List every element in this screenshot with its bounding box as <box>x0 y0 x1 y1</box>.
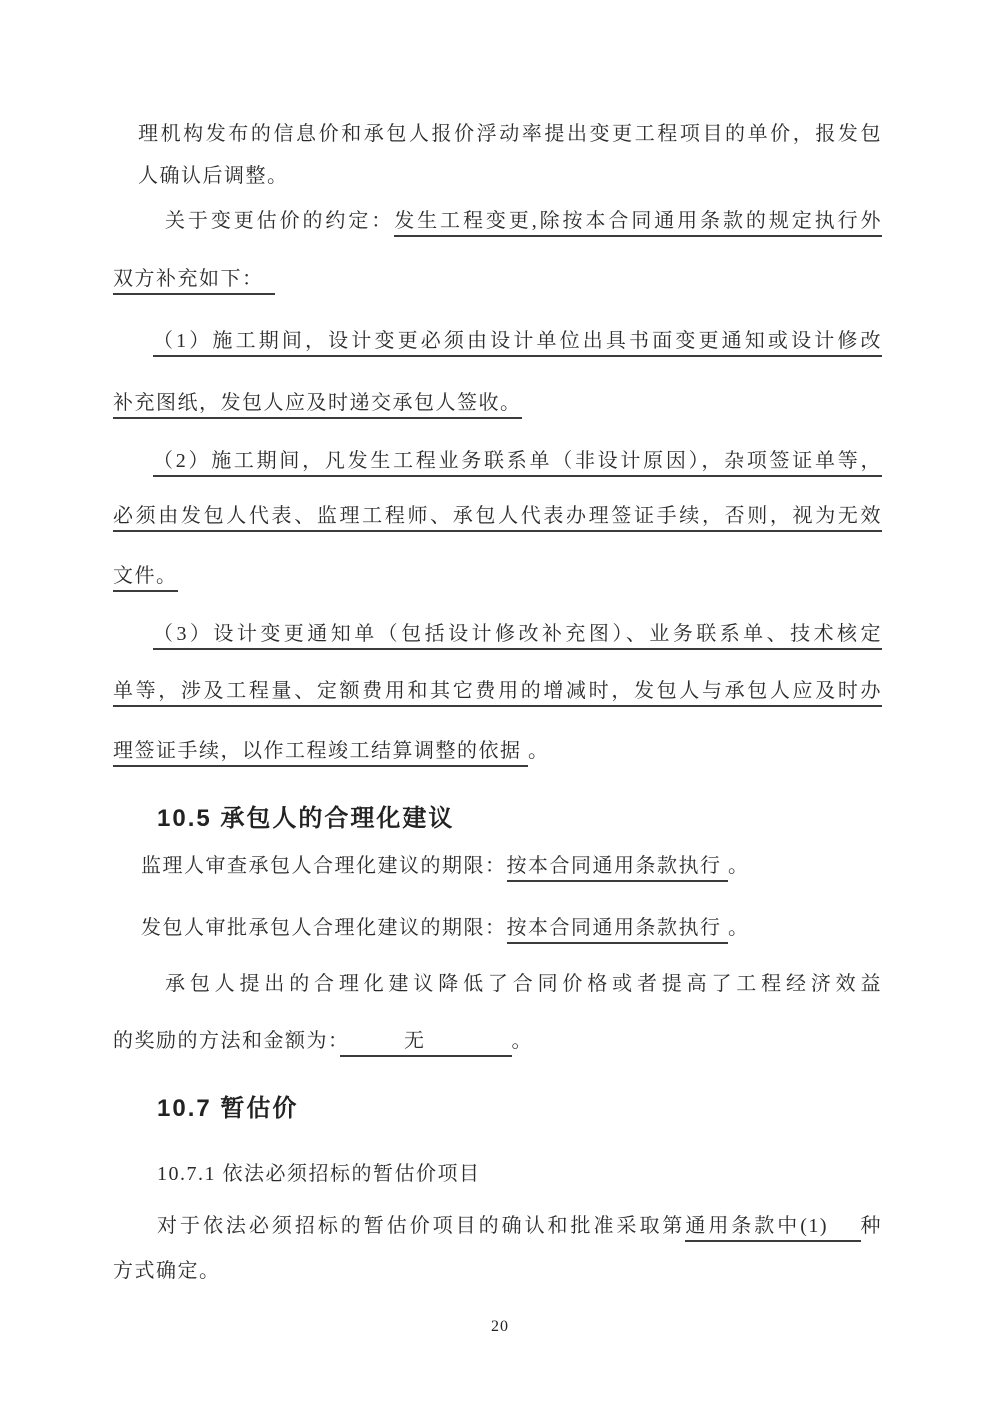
document-content: 理机构发布的信息价和承包人报价浮动率提出变更工程项目的单价，报发包人确认后调整。… <box>113 0 882 1415</box>
item-2-line-1: （2）施工期间，凡发生工程业务联系单（非设计原因），杂项签证单等， <box>113 446 882 476</box>
text-segment: 。 <box>528 740 550 762</box>
underlined-text-segment: 必须由发包人代表、监理工程师、承包人代表办理签证手续，否则，视为无效 <box>113 505 882 532</box>
text-segment: 对于依法必须招标的暂估价项目的确认和批准采取第 <box>157 1215 685 1237</box>
para-tender-line-1: 对于依法必须招标的暂估价项目的确认和批准采取第通用条款中(1) 种 <box>113 1211 882 1241</box>
item-3-line-3: 理签证手续，以作工程竣工结算调整的依据 。 <box>113 736 882 766</box>
text-segment: 理机构发布的信息价和承包人报价浮动率提出变更工程项目的单价，报发包 <box>138 123 882 145</box>
heading-10-5: 10.5 承包人的合理化建议 <box>113 804 882 834</box>
para-change-valuation-line-1: 关于变更估价的约定：发生工程变更,除按本合同通用条款的规定执行外 <box>113 206 882 236</box>
underlined-text-segment: 理签证手续，以作工程竣工结算调整的依据 <box>113 740 528 767</box>
underlined-text-segment: （3）设计变更通知单（包括设计修改补充图）、业务联系单、技术核定 <box>153 623 882 650</box>
page-number: 20 <box>0 1318 1000 1336</box>
text-segment: 的奖励的方法和金额为： <box>113 1030 340 1052</box>
document-page: 理机构发布的信息价和承包人报价浮动率提出变更工程项目的单价，报发包人确认后调整。… <box>0 0 1000 1415</box>
underlined-text-segment: 按本合同通用条款执行 <box>507 917 729 944</box>
heading-10-7-1: 10.7.1 依法必须招标的暂估价项目 <box>113 1159 882 1189</box>
text-segment: 种 <box>861 1215 883 1237</box>
para-reward-line-1: 承包人提出的合理化建议降低了合同价格或者提高了工程经济效益 <box>113 969 882 999</box>
line-employer-approval: 发包人审批承包人合理化建议的期限：按本合同通用条款执行 。 <box>113 913 882 943</box>
item-2-line-2: 必须由发包人代表、监理工程师、承包人代表办理签证手续，否则，视为无效 <box>113 501 882 531</box>
item-2-line-3: 文件。 <box>113 561 882 591</box>
item-1-line-2: 补充图纸，发包人应及时递交承包人签收。 <box>113 388 882 418</box>
line-supervisor-review: 监理人审查承包人合理化建议的期限：按本合同通用条款执行 。 <box>113 851 882 881</box>
text-segment: 人确认后调整。 <box>138 165 289 187</box>
underlined-text-segment: （2）施工期间，凡发生工程业务联系单（非设计原因），杂项签证单等， <box>153 450 882 477</box>
heading-10-7: 10.7 暂估价 <box>113 1094 882 1124</box>
para-unit-price-line-2: 人确认后调整。 <box>113 161 882 191</box>
item-3-line-1: （3）设计变更通知单（包括设计修改补充图）、业务联系单、技术核定 <box>113 619 882 649</box>
item-1-line-1: （1）施工期间，设计变更必须由设计单位出具书面变更通知或设计修改 <box>113 326 882 356</box>
para-reward-line-2: 的奖励的方法和金额为： 无 。 <box>113 1026 882 1056</box>
text-segment: 10.5 承包人的合理化建议 <box>157 805 454 832</box>
para-unit-price-line-1: 理机构发布的信息价和承包人报价浮动率提出变更工程项目的单价，报发包 <box>113 119 882 149</box>
text-segment: 发包人审批承包人合理化建议的期限： <box>141 917 507 939</box>
underlined-text-segment: 单等，涉及工程量、定额费用和其它费用的增减时，发包人与承包人应及时办 <box>113 680 882 707</box>
text-segment: 方式确定。 <box>113 1260 221 1282</box>
underlined-text-segment: 通用条款中(1) <box>685 1215 860 1242</box>
text-segment: 10.7 暂估价 <box>157 1095 298 1122</box>
item-3-line-2: 单等，涉及工程量、定额费用和其它费用的增减时，发包人与承包人应及时办 <box>113 676 882 706</box>
text-segment: 。 <box>512 1030 534 1052</box>
underlined-text-segment: （1）施工期间，设计变更必须由设计单位出具书面变更通知或设计修改 <box>153 330 882 357</box>
underlined-text-segment: 按本合同通用条款执行 <box>507 855 729 882</box>
para-tender-line-2: 方式确定。 <box>113 1256 882 1286</box>
text-segment: 承包人提出的合理化建议降低了合同价格或者提高了工程经济效益 <box>165 973 882 995</box>
text-segment: 关于变更估价的约定： <box>165 210 394 232</box>
underlined-text-segment: 无 <box>340 1030 512 1057</box>
underlined-text-segment: 补充图纸，发包人应及时递交承包人签收。 <box>113 392 522 419</box>
underlined-text-segment: 文件。 <box>113 565 178 592</box>
text-segment: 10.7.1 依法必须招标的暂估价项目 <box>157 1163 481 1185</box>
underlined-text-segment: 双方补充如下： <box>113 268 275 295</box>
text-segment: 监理人审查承包人合理化建议的期限： <box>141 855 507 877</box>
para-change-valuation-line-2: 双方补充如下： <box>113 264 882 294</box>
underlined-text-segment: 发生工程变更,除按本合同通用条款的规定执行外 <box>394 210 882 237</box>
text-segment: 。 <box>728 917 750 939</box>
text-segment: 。 <box>728 855 750 877</box>
